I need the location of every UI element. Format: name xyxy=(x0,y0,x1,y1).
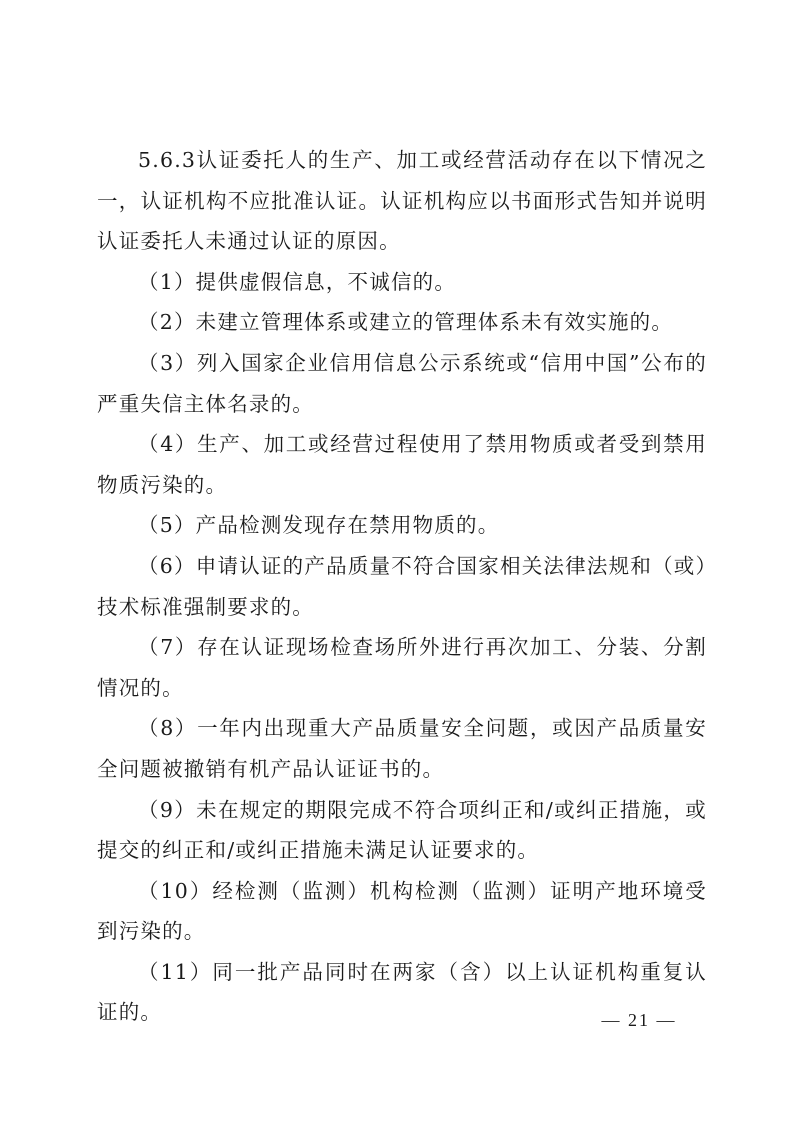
list-item-10: （10）经检测（监测）机构检测（监测）证明产地环境受到污染的。 xyxy=(97,871,707,952)
list-item-6: （6）申请认证的产品质量不符合国家相关法律法规和（或）技术标准强制要求的。 xyxy=(97,546,707,627)
list-item-4: （4）生产、加工或经营过程使用了禁用物质或者受到禁用物质污染的。 xyxy=(97,424,707,505)
clause-5-6-3: 5.6.3认证委托人的生产、加工或经营活动存在以下情况之一，认证机构不应批准认证… xyxy=(97,140,707,262)
list-item-1: （1）提供虚假信息，不诚信的。 xyxy=(97,262,707,303)
list-item-2: （2）未建立管理体系或建立的管理体系未有效实施的。 xyxy=(97,302,707,343)
body-text: 5.6.3认证委托人的生产、加工或经营活动存在以下情况之一，认证机构不应批准认证… xyxy=(97,140,707,1033)
page-number: — 21 — xyxy=(594,1010,684,1031)
list-item-5: （5）产品检测发现存在禁用物质的。 xyxy=(97,505,707,546)
list-item-9: （9）未在规定的期限完成不符合项纠正和/或纠正措施，或提交的纠正和/或纠正措施未… xyxy=(97,790,707,871)
list-item-8: （8）一年内出现重大产品质量安全问题，或因产品质量安全问题被撤销有机产品认证证书… xyxy=(97,708,707,789)
list-item-7: （7）存在认证现场检查场所外进行再次加工、分装、分割情况的。 xyxy=(97,627,707,708)
list-item-3: （3）列入国家企业信用信息公示系统或“信用中国”公布的严重失信主体名录的。 xyxy=(97,343,707,424)
document-page: 5.6.3认证委托人的生产、加工或经营活动存在以下情况之一，认证机构不应批准认证… xyxy=(0,0,794,1123)
